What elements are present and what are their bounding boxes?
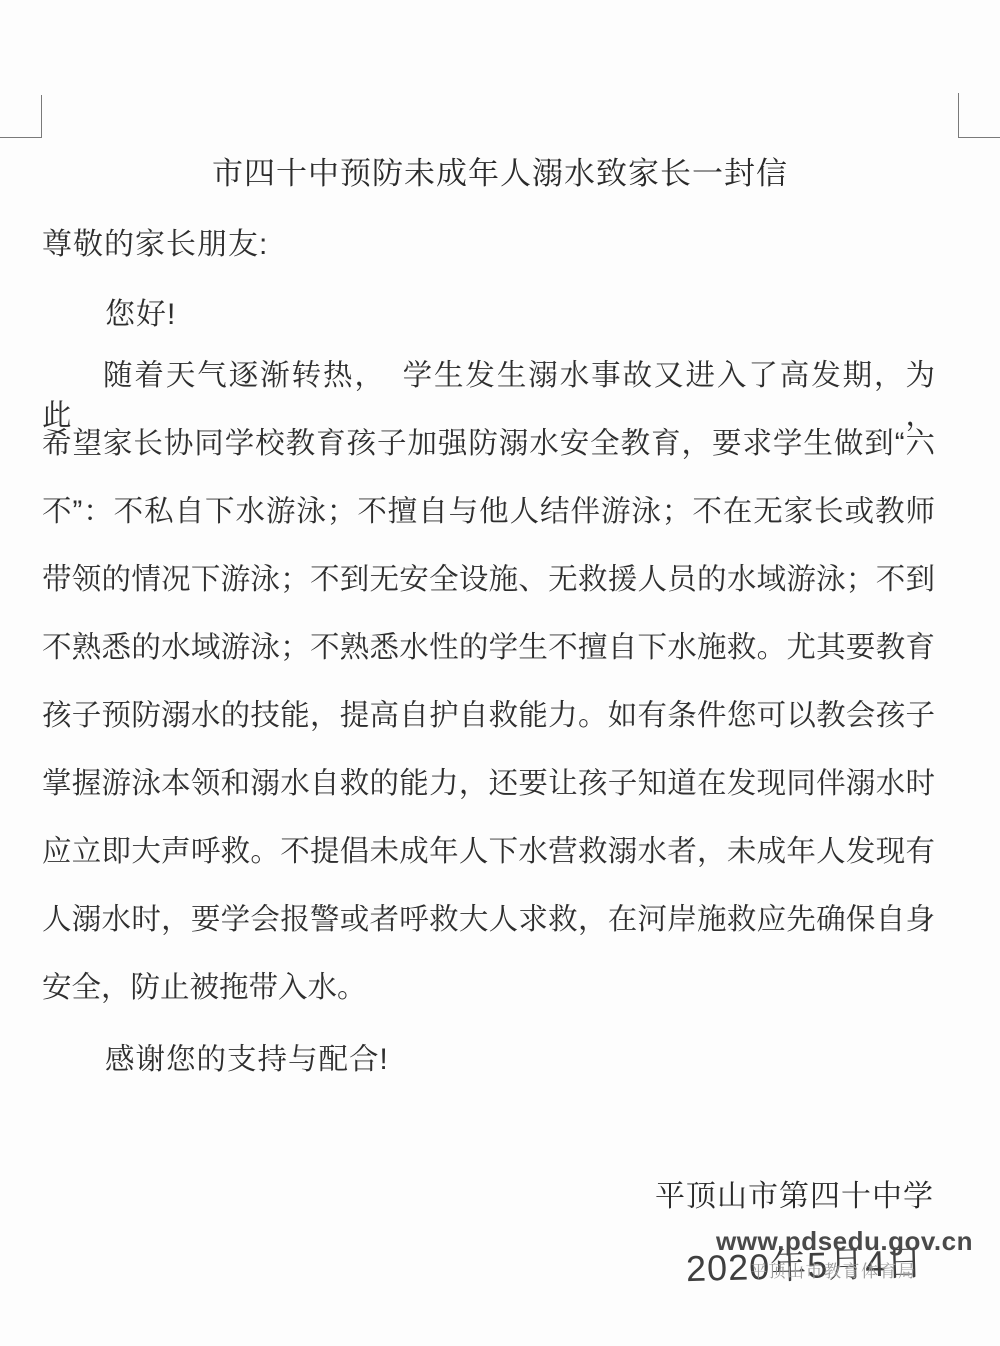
body-line: 应立即大声呼救。不提倡未成年人下水营救溺水者，未成年人发现有 [42, 832, 935, 900]
letter-signature: 平顶山市第四十中学 [655, 1171, 934, 1215]
body-line: 人溺水时，要学会报警或者呼救大人求救，在河岸施救应先确保自身 [42, 900, 935, 968]
body-line: 带领的情况下游泳；不到无安全设施、无救援人员的水域游泳；不到 [42, 560, 935, 628]
body-line: 不熟悉的水域游泳；不熟悉水性的学生不擅自下水施救。尤其要教育 [42, 628, 935, 696]
scanned-letter-page: 市四十中预防未成年人溺水致家长一封信 尊敬的家长朋友: 您好! 随着天气逐渐转热… [0, 0, 1000, 1346]
crop-mark-top-left-vertical [41, 95, 42, 138]
crop-mark-top-left-horizontal [0, 137, 42, 138]
body-line: 随着天气逐渐转热， 学生发生溺水事故又进入了高发期，为此， [42, 356, 935, 424]
crop-mark-top-right-vertical [958, 93, 959, 138]
watermark-site-url: www.pdsedu.gov.cn [716, 1226, 973, 1257]
letter-title: 市四十中预防未成年人溺水致家长一封信 [0, 148, 1000, 193]
letter-greeting: 您好! [105, 289, 176, 333]
watermark-org-name: 平顶山市教育体育局 [750, 1257, 917, 1282]
crop-mark-top-right-horizontal [958, 137, 1000, 138]
body-line: 孩子预防溺水的技能，提高自护自救能力。如有条件您可以教会孩子 [42, 696, 935, 764]
body-line: 安全，防止被拖带入水。 [42, 968, 935, 1036]
letter-salutation: 尊敬的家长朋友: [42, 219, 268, 263]
letter-body: 随着天气逐渐转热， 学生发生溺水事故又进入了高发期，为此，希望家长协同学校教育孩… [42, 356, 935, 1036]
body-line: 掌握游泳本领和溺水自救的能力，还要让孩子知道在发现同伴溺水时 [42, 764, 935, 832]
letter-closing: 感谢您的支持与配合! [105, 1036, 389, 1078]
body-line: 不”：不私自下水游泳；不擅自与他人结伴游泳；不在无家长或教师 [42, 492, 935, 560]
body-line: 希望家长协同学校教育孩子加强防溺水安全教育，要求学生做到“六 [42, 424, 935, 492]
